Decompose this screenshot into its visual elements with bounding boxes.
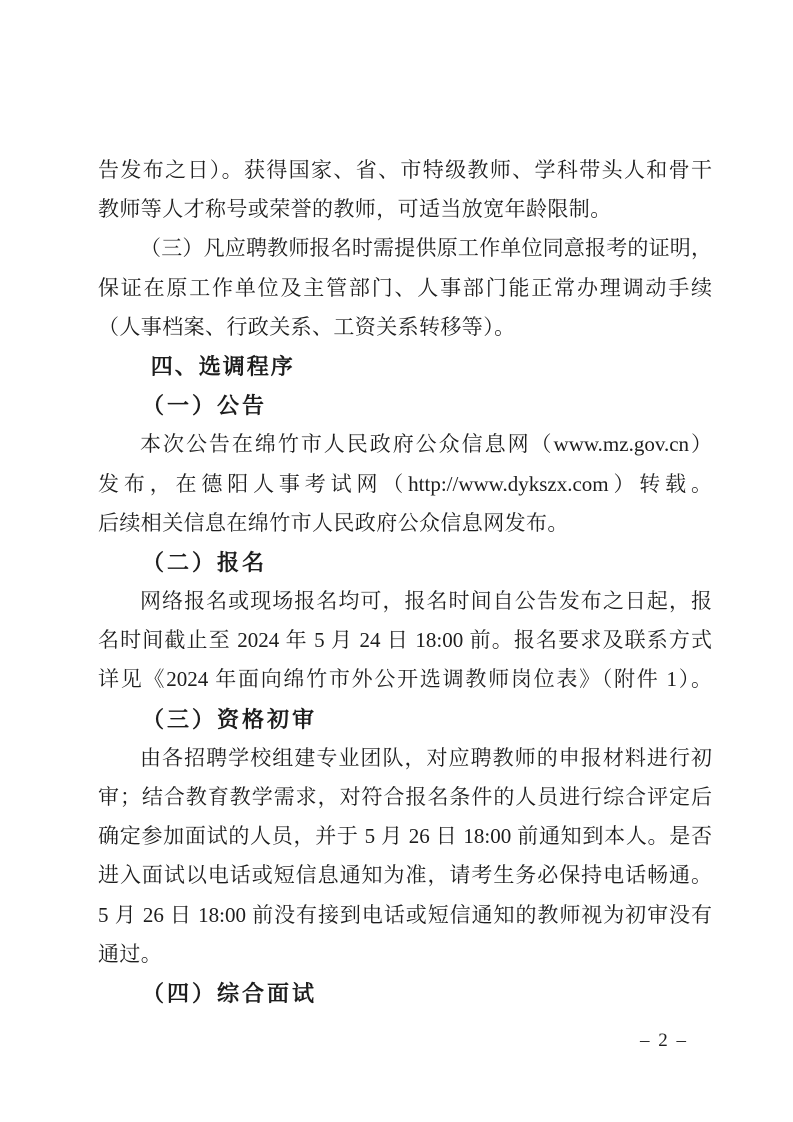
doc-line: （三）凡应聘教师报名时需提供原工作单位同意报考的证明， — [98, 229, 712, 268]
doc-line: 确定参加面试的人员，并于 5 月 26 日 18:00 前通知到本人。是否 — [98, 817, 712, 856]
doc-line: （人事档案、行政关系、工资关系转移等）。 — [98, 308, 712, 347]
section-heading-level2: （四）综合面试 — [98, 974, 712, 1013]
doc-line: 网络报名或现场报名均可，报名时间自公告发布之日起，报 — [98, 582, 712, 621]
doc-line: 由各招聘学校组建专业团队，对应聘教师的申报材料进行初 — [98, 739, 712, 778]
doc-line: 教师等人才称号或荣誉的教师，可适当放宽年龄限制。 — [98, 190, 712, 229]
doc-line: 本次公告在绵竹市人民政府公众信息网（www.mz.gov.cn） — [98, 425, 712, 464]
doc-line: 后续相关信息在绵竹市人民政府公众信息网发布。 — [98, 504, 712, 543]
section-heading-level2: （二）报名 — [98, 543, 712, 582]
doc-line: 进入面试以电话或短信息通知为准，请考生务必保持电话畅通。 — [98, 856, 712, 895]
page-number: – 2 – — [640, 1030, 688, 1052]
doc-line: 详见《2024 年面向绵竹市外公开选调教师岗位表》（附件 1）。 — [98, 660, 712, 699]
document-page: 告发布之日）。获得国家、省、市特级教师、学科带头人和骨干 教师等人才称号或荣誉的… — [0, 0, 793, 1122]
section-heading-level2: （三）资格初审 — [98, 700, 712, 739]
doc-line: 通过。 — [98, 935, 712, 974]
section-heading-level2: （一）公告 — [98, 386, 712, 425]
doc-line: 审；结合教育教学需求，对符合报名条件的人员进行综合评定后 — [98, 778, 712, 817]
doc-line: 保证在原工作单位及主管部门、人事部门能正常办理调动手续 — [98, 269, 712, 308]
document-body: 告发布之日）。获得国家、省、市特级教师、学科带头人和骨干 教师等人才称号或荣誉的… — [98, 151, 712, 1013]
doc-line: 发布，在德阳人事考试网（http://www.dykszx.com）转载。 — [98, 465, 712, 504]
doc-line: 5 月 26 日 18:00 前没有接到电话或短信通知的教师视为初审没有 — [98, 896, 712, 935]
section-heading-level1: 四、选调程序 — [98, 347, 712, 386]
doc-line: 名时间截止至 2024 年 5 月 24 日 18:00 前。报名要求及联系方式 — [98, 621, 712, 660]
doc-line: 告发布之日）。获得国家、省、市特级教师、学科带头人和骨干 — [98, 151, 712, 190]
